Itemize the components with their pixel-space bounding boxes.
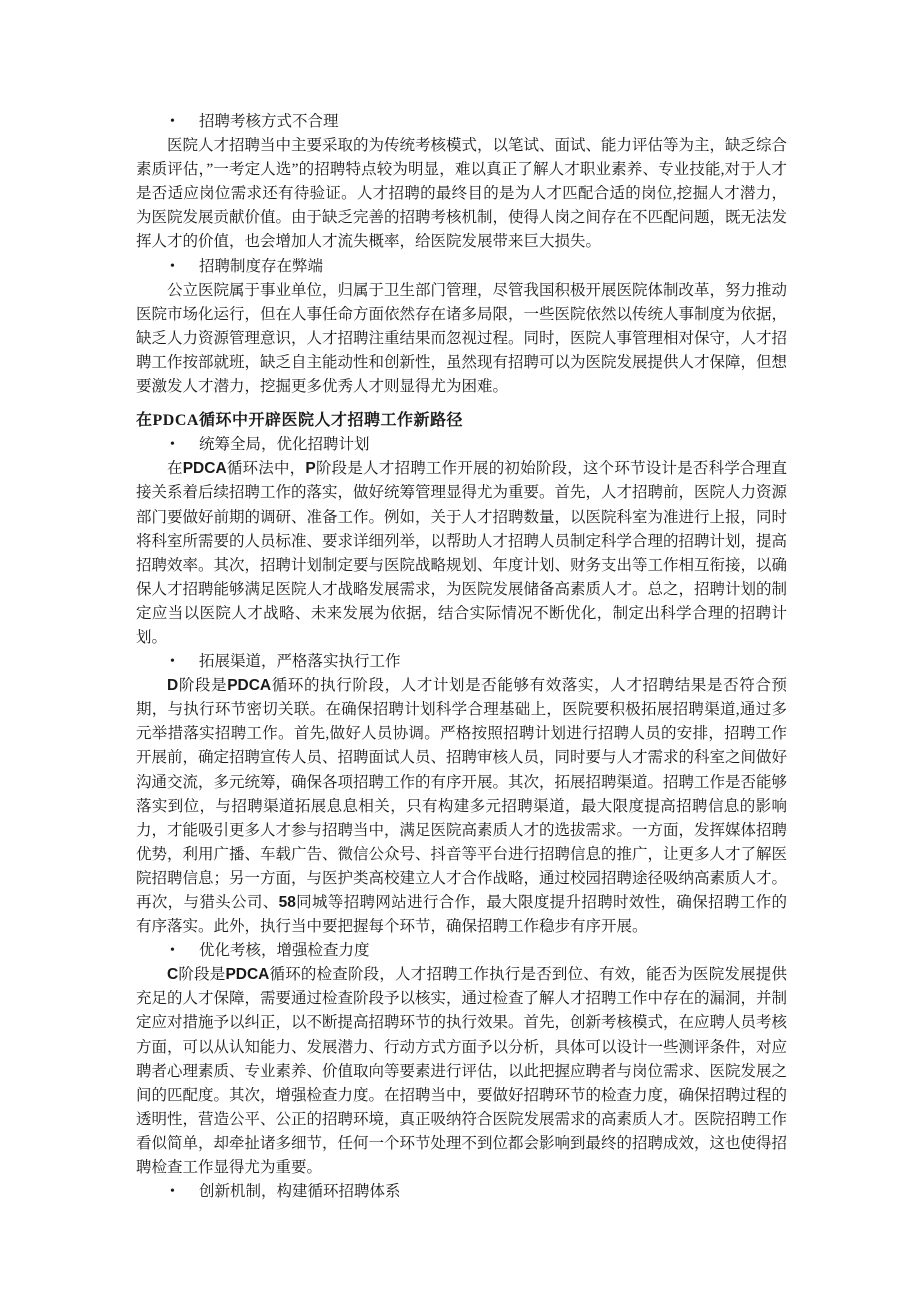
bullet-item-do-stage: • 拓展渠道，严格落实执行工作 — [136, 650, 787, 674]
bullet-item-label: 拓展渠道，严格落实执行工作 — [199, 653, 401, 670]
bullet-item-label: 招聘考核方式不合理 — [199, 113, 339, 130]
bullet-icon: • — [170, 1180, 175, 1204]
paragraph-assessment-issues: 医院人才招聘当中主要采取的为传统考核模式，以笔试、面试、能力评估等为主，缺乏综合… — [136, 134, 787, 254]
paragraph-do-stage: D阶段是PDCA循环的执行阶段，人才计划是否能够有效落实，人才招聘结果是否符合预… — [136, 674, 787, 939]
bullet-item-label: 统筹全局，优化招聘计划 — [199, 436, 370, 453]
section-heading-pdca: 在PDCA循环中开辟医院人才招聘工作新路径 — [136, 409, 787, 433]
bullet-icon: • — [170, 255, 175, 279]
bullet-icon: • — [170, 939, 175, 963]
bullet-item-label: 优化考核，增强检查力度 — [199, 942, 370, 959]
paragraph-system-drawbacks: 公立医院属于事业单位，归属于卫生部门管理，尽管我国积极开展医院体制改革，努力推动… — [136, 279, 787, 399]
paragraph-check-stage: C阶段是PDCA循环的检查阶段，人才招聘工作执行是否到位、有效，能否为医院发展提… — [136, 963, 787, 1180]
bullet-icon: • — [170, 650, 175, 674]
bullet-item-label: 创新机制，构建循环招聘体系 — [199, 1183, 401, 1200]
bullet-item-act-stage: • 创新机制，构建循环招聘体系 — [136, 1180, 787, 1204]
bullet-item-recruitment-assessment: • 招聘考核方式不合理 — [136, 110, 787, 134]
bullet-icon: • — [170, 110, 175, 134]
document-content: • 招聘考核方式不合理 医院人才招聘当中主要采取的为传统考核模式，以笔试、面试、… — [136, 110, 787, 1204]
document-page: • 招聘考核方式不合理 医院人才招聘当中主要采取的为传统考核模式，以笔试、面试、… — [0, 0, 920, 1301]
bullet-item-recruitment-system: • 招聘制度存在弊端 — [136, 255, 787, 279]
bullet-item-plan-stage: • 统筹全局，优化招聘计划 — [136, 433, 787, 457]
bullet-icon: • — [170, 433, 175, 457]
bullet-item-label: 招聘制度存在弊端 — [199, 258, 323, 275]
paragraph-plan-stage: 在PDCA循环法中，P阶段是人才招聘工作开展的初始阶段，这个环节设计是否科学合理… — [136, 457, 787, 650]
bullet-item-check-stage: • 优化考核，增强检查力度 — [136, 939, 787, 963]
